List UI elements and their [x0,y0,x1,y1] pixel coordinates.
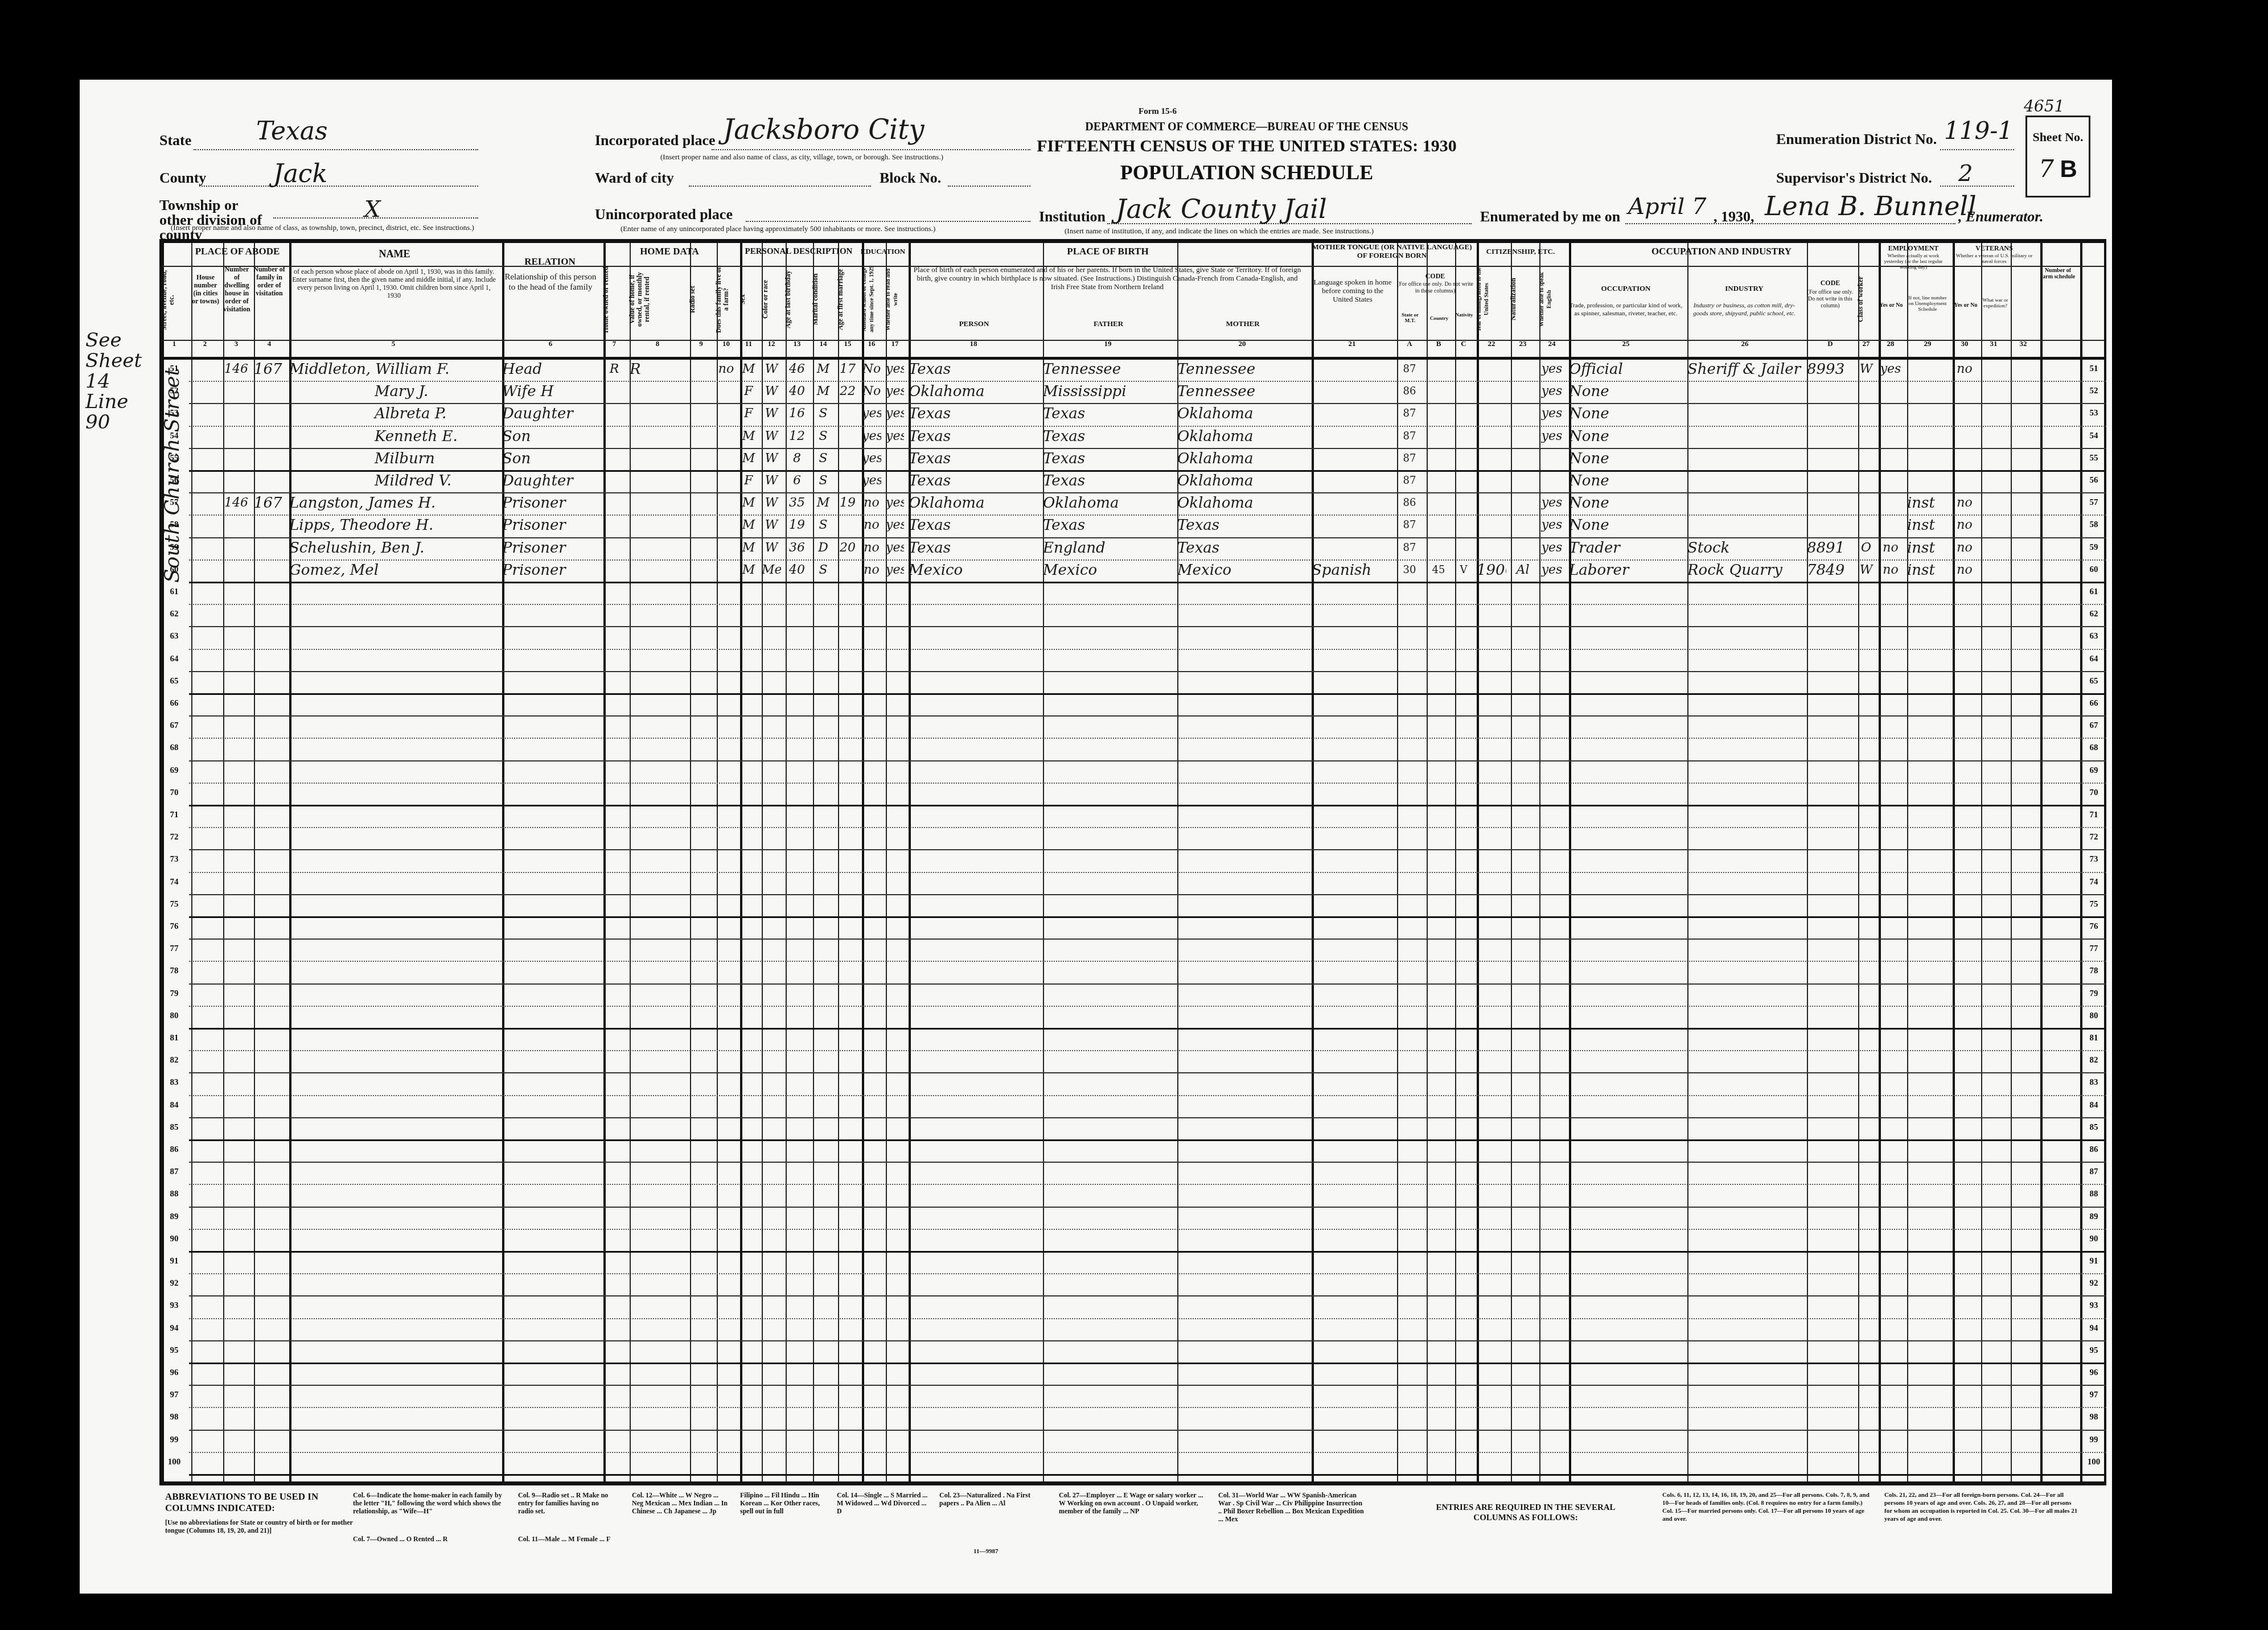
col20-desc: MOTHER [1176,320,1309,328]
cell-immig: 1900 [1477,559,1506,581]
col15-desc: Age at first marriage [837,265,858,334]
cell-mother: Tennessee [1177,381,1307,402]
col9-desc: Radio set [689,265,712,334]
cell-codeD: 8993 [1807,359,1854,380]
cell-english: yes [1539,559,1564,581]
line-number-left: 83 [164,1078,184,1088]
cell-school: no [862,559,881,581]
enumerated-date: April 7 [1628,194,1706,220]
cell-english: yes [1539,381,1564,402]
cell-father: Mississippi [1043,381,1173,402]
cell-name: Schelushin, Ben J. [289,537,498,559]
line-number-left: 94 [164,1324,184,1333]
cell-age-marr: 17 [838,359,857,380]
col27-desc: Class of worker [1857,265,1875,334]
cell-occupation: Official [1569,359,1683,380]
cell-marital: M [813,359,833,380]
cell-industry: Stock [1687,537,1802,559]
column-number: 3 [221,339,252,348]
row-divider [189,1430,2106,1431]
col1-desc: Street, avenue, road, etc. [161,265,188,335]
ward-label: Ward of city [595,170,674,187]
cell-mother: Oklahoma [1177,403,1307,425]
line-number-right: 58 [2084,520,2104,530]
print-code: 11—9987 [973,1547,998,1557]
column-number: 8 [627,339,688,348]
column-number: 15 [836,339,860,348]
abbr-col12: Col. 12—White ... W Negro ... Neg Mexica… [632,1491,729,1515]
cell-vet: no [1953,514,1977,536]
row-divider [189,582,2106,583]
cell-codeA: 87 [1397,514,1422,536]
cell-relation: Head [502,359,599,380]
sd-line [1940,186,2014,187]
column-number: B [1424,339,1453,348]
cell-age: 16 [786,403,808,425]
line-number-left: 51 [164,364,184,374]
col25-desc: Trade, profession, or particular kind of… [1569,302,1683,318]
col10-desc: Does this family live on a farm? [715,265,737,334]
cell-read: yes [886,381,904,402]
column-number: 18 [906,339,1041,348]
cell-father: Texas [1043,470,1173,492]
cell-relation: Prisoner [502,559,599,581]
cell-father: Texas [1043,403,1173,425]
column-number: 23 [1509,339,1537,348]
line-number-right: 99 [2084,1435,2104,1445]
col24-desc: Whether able to speak English [1538,265,1566,334]
incorporated-value: Jacksboro City [723,114,925,146]
code-note: (For office use only. Do not write in th… [1396,281,1474,295]
cell-class: O [1858,537,1874,559]
cell-father: Texas [1043,448,1173,470]
cell-age: 40 [786,559,808,581]
line-number-right: 59 [2084,543,2104,553]
column-number: 19 [1041,339,1175,348]
cell-work: yes [1879,359,1903,380]
cell-name: Langston, James H. [289,492,498,514]
cell-read: yes [886,403,904,425]
row-divider [189,693,2106,695]
line-number-right: 82 [2084,1056,2104,1065]
line-number-right: 76 [2084,922,2104,932]
line-number-left: 76 [164,922,184,932]
ed-line [1940,149,2014,150]
row-divider [189,939,2106,940]
entries-b: Cols. 21, 22, and 23—For all foreign-bor… [1884,1491,2078,1523]
line-number-right: 73 [2084,855,2104,865]
cell-birth: Texas [909,426,1038,447]
line-number-left: 62 [164,610,184,619]
cell-dwelling: 146 [223,359,249,380]
ward-line [689,186,871,187]
cell-read: yes [886,359,904,380]
cell-mother: Oklahoma [1177,448,1307,470]
cell-codeA: 86 [1397,492,1422,514]
line-number-left: 80 [164,1011,184,1021]
enumerated-label: Enumerated by me on [1480,208,1620,225]
col23-desc: Naturalization [1510,265,1537,334]
cell-codeA: 87 [1397,426,1422,447]
cell-occupation: None [1569,470,1683,492]
col30-desc: Yes or No [1951,302,1980,310]
cell-mother: Oklahoma [1177,426,1307,447]
cell-school: no [862,514,881,536]
cell-age: 12 [786,426,808,447]
group-place-of-birth: PLACE OF BIRTH [906,246,1309,257]
line-number-left: 92 [164,1279,184,1289]
line-number-left: 99 [164,1435,184,1445]
cell-read: yes [886,559,904,581]
cell-father: Mexico [1043,559,1173,581]
column-number: 28 [1876,339,1905,348]
line-number-right: 64 [2084,655,2104,664]
line-number-left: 79 [164,989,184,999]
line-number-right: 72 [2084,833,2104,842]
line-number-right: 78 [2084,966,2104,976]
block-line [948,186,1030,187]
cell-race: W [762,470,781,492]
col8-desc: Value of home, if owned, or monthly rent… [628,265,685,334]
cell-relation: Prisoner [502,514,599,536]
sheet-box: Sheet No. 7 B [2025,116,2090,197]
line-number-left: 67 [164,721,184,731]
line-number-right: 97 [2084,1390,2104,1400]
group-place-of-abode: PLACE OF ABODE [189,246,286,257]
colC-desc: Nativity [1454,312,1474,318]
group-occupation-industry: OCCUPATION AND INDUSTRY [1567,246,1876,257]
column-number: 10 [714,339,738,348]
cell-school: yes [862,470,881,492]
cell-race: W [762,514,781,536]
group-education: EDUCATION [860,246,906,257]
entries-a: Cols. 6, 11, 12, 13, 14, 16, 18, 19, 20,… [1662,1491,1873,1523]
cell-mother: Tennessee [1177,359,1307,380]
cell-name: Middleton, William F. [289,359,498,380]
col17-desc: Whether able to read and write [885,265,905,334]
line-number-right: 90 [2084,1234,2104,1244]
line-number-left: 96 [164,1368,184,1378]
group-relation: RELATION [500,256,600,267]
row-divider [189,1452,2106,1453]
col7-desc: Home owned or rented [602,265,625,334]
abbr-col31: Col. 31—World War ... WW Spanish-America… [1218,1491,1366,1523]
line-number-right: 62 [2084,610,2104,619]
state-label: State [159,132,191,149]
cell-marital: D [813,537,833,559]
cell-occupation: None [1569,381,1683,402]
row-divider [189,604,2106,605]
colD-title: CODE [1806,279,1855,287]
line-number-right: 74 [2084,878,2104,887]
row-divider [189,961,2106,962]
row-divider [189,671,2106,672]
col4-desc: Number of family in order of visitation [253,265,286,297]
line-number-right: 86 [2084,1145,2104,1155]
township-note: (Insert proper name and also name of cla… [171,223,490,232]
line-number-left: 57 [164,498,184,508]
group-employment: EMPLOYMENT [1876,242,1950,254]
cell-unemp: inst [1907,537,1948,559]
cell-codeA: 87 [1397,537,1422,559]
line-number-left: 55 [164,454,184,463]
cell-english: yes [1539,514,1564,536]
sd-label: Supervisor's District No. [1776,170,1932,187]
group-home-data: HOME DATA [601,246,738,257]
cell-codeA: 87 [1397,448,1422,470]
abbr-col6: Col. 6—Indicate the home-maker in each f… [353,1491,507,1515]
unincorporated-note: (Enter name of any unincorporated place … [621,224,1042,233]
block-label: Block No. [880,170,941,187]
cell-father: England [1043,537,1173,559]
cell-nat: Al [1511,559,1535,581]
line-number-left: 58 [164,520,184,530]
cell-work: no [1879,559,1903,581]
line-number-left: 63 [164,632,184,641]
cell-age: 8 [786,448,808,470]
cell-birth: Oklahoma [909,492,1038,514]
cell-read: yes [886,426,904,447]
line-number-left: 68 [164,743,184,753]
row-divider [189,1340,2106,1341]
line-number-right: 94 [2084,1324,2104,1333]
cell-birth: Texas [909,537,1038,559]
cell-occupation: None [1569,492,1683,514]
cell-name: Gomez, Mel [289,559,498,581]
cell-class: W [1858,559,1874,581]
line-number-right: 87 [2084,1167,2104,1177]
line-number-left: 74 [164,878,184,887]
cell-mother: Mexico [1177,559,1307,581]
incorporated-note: (Insert proper name and also name of cla… [660,153,1036,162]
col26-title: INDUSTRY [1687,285,1801,293]
cell-relation: Prisoner [502,537,599,559]
line-number-right: 53 [2084,409,2104,418]
cell-school: no [862,492,881,514]
department: DEPARTMENT OF COMMERCE—BUREAU OF THE CEN… [1025,121,1469,134]
cell-age-marr: 22 [838,381,857,402]
cell-birth: Mexico [909,559,1038,581]
cell-father: Oklahoma [1043,492,1173,514]
institution-note: (Insert name of institution, if any, and… [1065,227,1474,236]
column-number: 31 [1979,339,2008,348]
line-number-left: 85 [164,1123,184,1133]
cell-sex: F [740,381,757,402]
township-label: Township or other division of county [159,198,273,242]
cell-birth: Oklahoma [909,381,1038,402]
line-number-left: 59 [164,543,184,553]
cell-sex: M [740,426,757,447]
line-number-left: 75 [164,900,184,909]
line-number-right: 96 [2084,1368,2104,1378]
line-number-right: 81 [2084,1034,2104,1043]
row-divider [189,649,2106,650]
col13-desc: Age at last birthday [784,265,810,334]
group-veterans: VETERANS [1950,242,2038,254]
column-number: 21 [1309,339,1395,348]
line-number-left: 66 [164,699,184,709]
col2-desc: House number (in cities or towns) [190,273,221,305]
row-divider [189,827,2106,828]
col14-desc: Marital condition [812,265,835,334]
line-number-left: 60 [164,565,184,575]
cell-school: No [862,359,881,380]
column-number: 11 [738,339,759,348]
column-number: 30 [1950,339,1979,348]
line-number-right: 75 [2084,900,2104,909]
col22-desc: Year of immigration to the United States [1476,265,1509,334]
cell-industry: Rock Quarry [1687,559,1802,581]
column-number: D [1805,339,1856,348]
line-number-right: 54 [2084,431,2104,441]
line-number-right: 66 [2084,699,2104,709]
col25-title: OCCUPATION [1569,285,1683,293]
line-number-left: 86 [164,1145,184,1155]
cell-marital: S [813,426,833,447]
col3-desc: Number of dwelling house in order of vis… [222,265,252,313]
line-number-right: 69 [2084,766,2104,776]
row-divider [189,1207,2106,1208]
line-number-right: 67 [2084,721,2104,731]
line-number-right: 57 [2084,498,2104,508]
sheet-number: 7 [2039,155,2054,183]
line-number-left: 95 [164,1346,184,1356]
abbr-col7: Col. 7—Owned ... O Rented ... R [353,1534,507,1544]
row-divider [189,1117,2106,1118]
cell-industry: Sheriff & Jailer [1687,359,1802,380]
cell-marital: S [813,403,833,425]
row-divider [189,872,2106,873]
form-number: Form 15-6 [1139,107,1177,117]
state-value: Texas [256,117,328,146]
col32-desc: Number of farm schedule [2039,267,2077,280]
corner-number: 4651 [2024,97,2064,116]
cell-occupation: None [1569,426,1683,447]
row-divider [189,1006,2106,1007]
cell-school: No [862,381,881,402]
column-number: 22 [1474,339,1509,348]
col26-desc: Industry or business, as cotton mill, dr… [1687,302,1801,318]
column-number: 6 [500,339,601,348]
line-number-right: 60 [2084,565,2104,575]
abbr-note: [Use no abbreviations for State or count… [165,1518,353,1534]
cell-occupation: None [1569,403,1683,425]
cell-codeC: V [1455,559,1472,581]
column-number: C [1453,339,1474,348]
line-number-right: 84 [2084,1101,2104,1110]
line-number-left: 65 [164,677,184,686]
line-number-left: 88 [164,1189,184,1199]
cell-vet: no [1953,537,1977,559]
row-divider [189,715,2106,717]
abbr-col23: Col. 23—Naturalized . Na First papers ..… [939,1491,1042,1507]
cell-unemp: inst [1907,492,1948,514]
row-divider [189,1095,2106,1096]
row-divider [189,1072,2106,1073]
line-number-left: 100 [164,1458,184,1467]
birth-note: Place of birth of each person enumerated… [911,265,1304,291]
col6-desc: Relationship of this person to the head … [502,272,599,293]
column-number: 5 [287,339,500,348]
line-number-right: 80 [2084,1011,2104,1021]
line-number-left: 54 [164,431,184,441]
cell-class: W [1858,359,1874,380]
county-label: County [159,170,206,187]
column-number: 17 [884,339,906,348]
row-divider [189,738,2106,739]
line-number-right: 65 [2084,677,2104,686]
cell-school: yes [862,448,881,470]
column-number: 12 [759,339,783,348]
cell-birth: Texas [909,514,1038,536]
line-number-right: 52 [2084,386,2104,396]
cell-age: 6 [786,470,808,492]
cell-lang: Spanish [1312,559,1392,581]
line-number-left: 93 [164,1301,184,1311]
line-number-right: 88 [2084,1189,2104,1199]
cell-relation: Son [502,448,599,470]
cell-sex: M [740,514,757,536]
line-number-left: 61 [164,587,184,597]
abbr-col14: Col. 14—Single ... S Married ... M Widow… [837,1491,928,1515]
line-number-left: 87 [164,1167,184,1177]
enumerator-name: Lena B. Bunnell [1765,191,1977,221]
line-number-left: 82 [164,1056,184,1065]
line-number-left: 72 [164,833,184,842]
row-divider [189,983,2106,985]
cell-marital: S [813,559,833,581]
line-number-left: 64 [164,655,184,664]
column-number: 1 [159,339,189,348]
cell-english: yes [1539,359,1564,380]
cell-race: W [762,492,781,514]
cell-race: W [762,426,781,447]
column-number: A [1395,339,1424,348]
row-divider [189,1184,2106,1185]
cell-age: 36 [786,537,808,559]
institution-value: Jack County Jail [1116,194,1327,224]
cell-birth: Texas [909,403,1038,425]
line-number-right: 70 [2084,788,2104,798]
line-number-right: 56 [2084,476,2104,485]
cell-vet: no [1953,559,1977,581]
cell-birth: Texas [909,359,1038,380]
cell-sex: F [740,470,757,492]
cell-race: W [762,403,781,425]
line-number-right: 95 [2084,1346,2104,1356]
cell-unemp: inst [1907,514,1948,536]
col21-desc: Language spoken in home before coming to… [1312,278,1394,303]
line-number-right: 89 [2084,1212,2104,1222]
row-divider [189,783,2106,784]
cell-age: 35 [786,492,808,514]
row-divider [189,1363,2106,1364]
row-divider [189,1273,2106,1274]
row-divider [189,849,2106,850]
cell-age-marr: 20 [838,537,857,559]
line-number-left: 78 [164,966,184,976]
line-number-left: 53 [164,409,184,418]
group-mother-tongue: MOTHER TONGUE (OR NATIVE LANGUAGE) OF FO… [1309,242,1474,260]
row-divider [189,1318,2106,1319]
sheet-label: Sheet No. [2027,130,2089,145]
cell-english: yes [1539,426,1564,447]
column-number: 4 [252,339,287,348]
cell-family: 167 [254,359,285,380]
code-title: CODE [1396,272,1474,280]
line-number-left: 71 [164,810,184,820]
line-number-right: 79 [2084,989,2104,999]
